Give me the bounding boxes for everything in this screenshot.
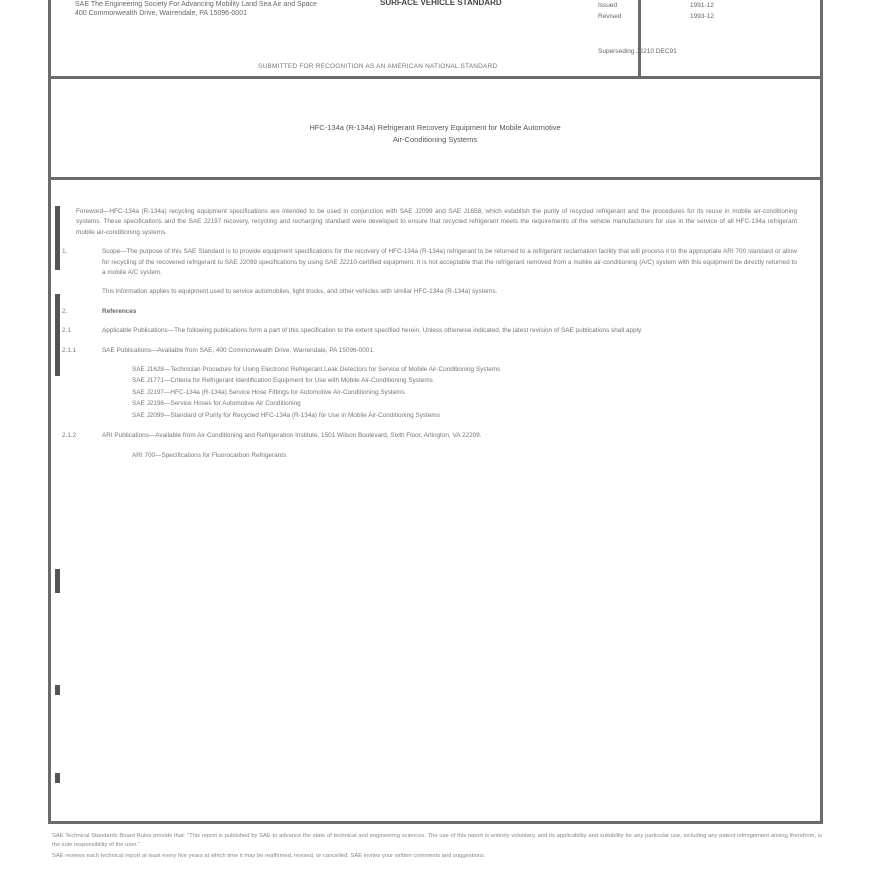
section-sae-publications: 2.1.1 SAE Publications—Available from SA…	[62, 346, 797, 356]
section-number	[62, 287, 102, 297]
reference-item: SAE J2099—Standard of Purity for Recycle…	[132, 411, 797, 421]
submitted-note: SUBMITTED FOR RECOGNITION AS AN AMERICAN…	[258, 63, 497, 70]
document-title: HFC-134a (R-134a) Refrigerant Recovery E…	[60, 122, 810, 146]
org-address: 400 Commonwealth Drive, Warrendale, PA 1…	[75, 9, 317, 18]
issued-label: Issued	[598, 0, 690, 11]
title-line-2: Air-Conditioning Systems	[60, 134, 810, 146]
revised-label: Revised	[598, 11, 690, 22]
footer-notice: SAE Technical Standards Board Rules prov…	[52, 832, 822, 861]
reference-item: SAE J1628—Technician Procedure for Using…	[132, 365, 797, 375]
section-text: This information applies to equipment us…	[102, 287, 797, 297]
reference-item: SAE J2196—Service Hoses for Automotive A…	[132, 399, 797, 409]
section-scope-note: This information applies to equipment us…	[62, 287, 797, 297]
change-bar	[55, 569, 60, 593]
reference-item: ARI 700—Specifications for Fluorocarbon …	[132, 451, 797, 461]
section-text: Scope—The purpose of this SAE Standard i…	[102, 247, 797, 278]
section-number: 2.1	[62, 326, 102, 336]
change-bar	[55, 206, 60, 270]
section-scope: 1. Scope—The purpose of this SAE Standar…	[62, 247, 797, 278]
issue-info: Issued 1991-12 Revised 1993-12	[598, 0, 778, 22]
section-number: 2.1.1	[62, 346, 102, 356]
revised-value: 1993-12	[690, 11, 714, 22]
section-number: 2.1.2	[62, 431, 102, 441]
section-ari-publications: 2.1.2 ARI Publications—Available from Ai…	[62, 431, 797, 441]
change-bar	[55, 685, 60, 695]
reference-item: SAE J1771—Criteria for Refrigerant Ident…	[132, 376, 797, 386]
org-block: SAE The Engineering Society For Advancin…	[75, 0, 317, 18]
org-line: SAE The Engineering Society For Advancin…	[75, 0, 317, 9]
footer-line: SAE Technical Standards Board Rules prov…	[52, 832, 822, 849]
ari-reference-list: ARI 700—Specifications for Fluorocarbon …	[132, 451, 797, 461]
title-line-1: HFC-134a (R-134a) Refrigerant Recovery E…	[60, 122, 810, 134]
revised-row: Revised 1993-12	[598, 11, 778, 22]
sae-reference-list: SAE J1628—Technician Procedure for Using…	[132, 365, 797, 421]
section-number: 2.	[62, 307, 102, 317]
section-heading: References	[102, 307, 797, 317]
document-body: Foreword—HFC-134a (R-134a) recycling equ…	[62, 207, 797, 471]
section-number: 1.	[62, 247, 102, 278]
foreword: Foreword—HFC-134a (R-134a) recycling equ…	[76, 207, 797, 238]
issued-row: Issued 1991-12	[598, 0, 778, 11]
section-text: Applicable Publications—The following pu…	[102, 326, 797, 336]
change-bar	[55, 773, 60, 783]
section-references: 2. References	[62, 307, 797, 317]
section-applicable-publications: 2.1 Applicable Publications—The followin…	[62, 326, 797, 336]
issued-value: 1991-12	[690, 0, 714, 11]
footer-line: SAE reviews each technical report at lea…	[52, 852, 822, 861]
document-type: SURFACE VEHICLE STANDARD	[380, 0, 502, 7]
change-bar	[55, 294, 60, 376]
section-text: SAE Publications—Available from SAE, 400…	[102, 346, 797, 356]
reference-item: SAE J2197—HFC-134a (R-134a) Service Hose…	[132, 388, 797, 398]
section-text: ARI Publications—Available from Air-Cond…	[102, 431, 797, 441]
superseding-note: Superseding J2210 DEC91	[598, 48, 677, 55]
